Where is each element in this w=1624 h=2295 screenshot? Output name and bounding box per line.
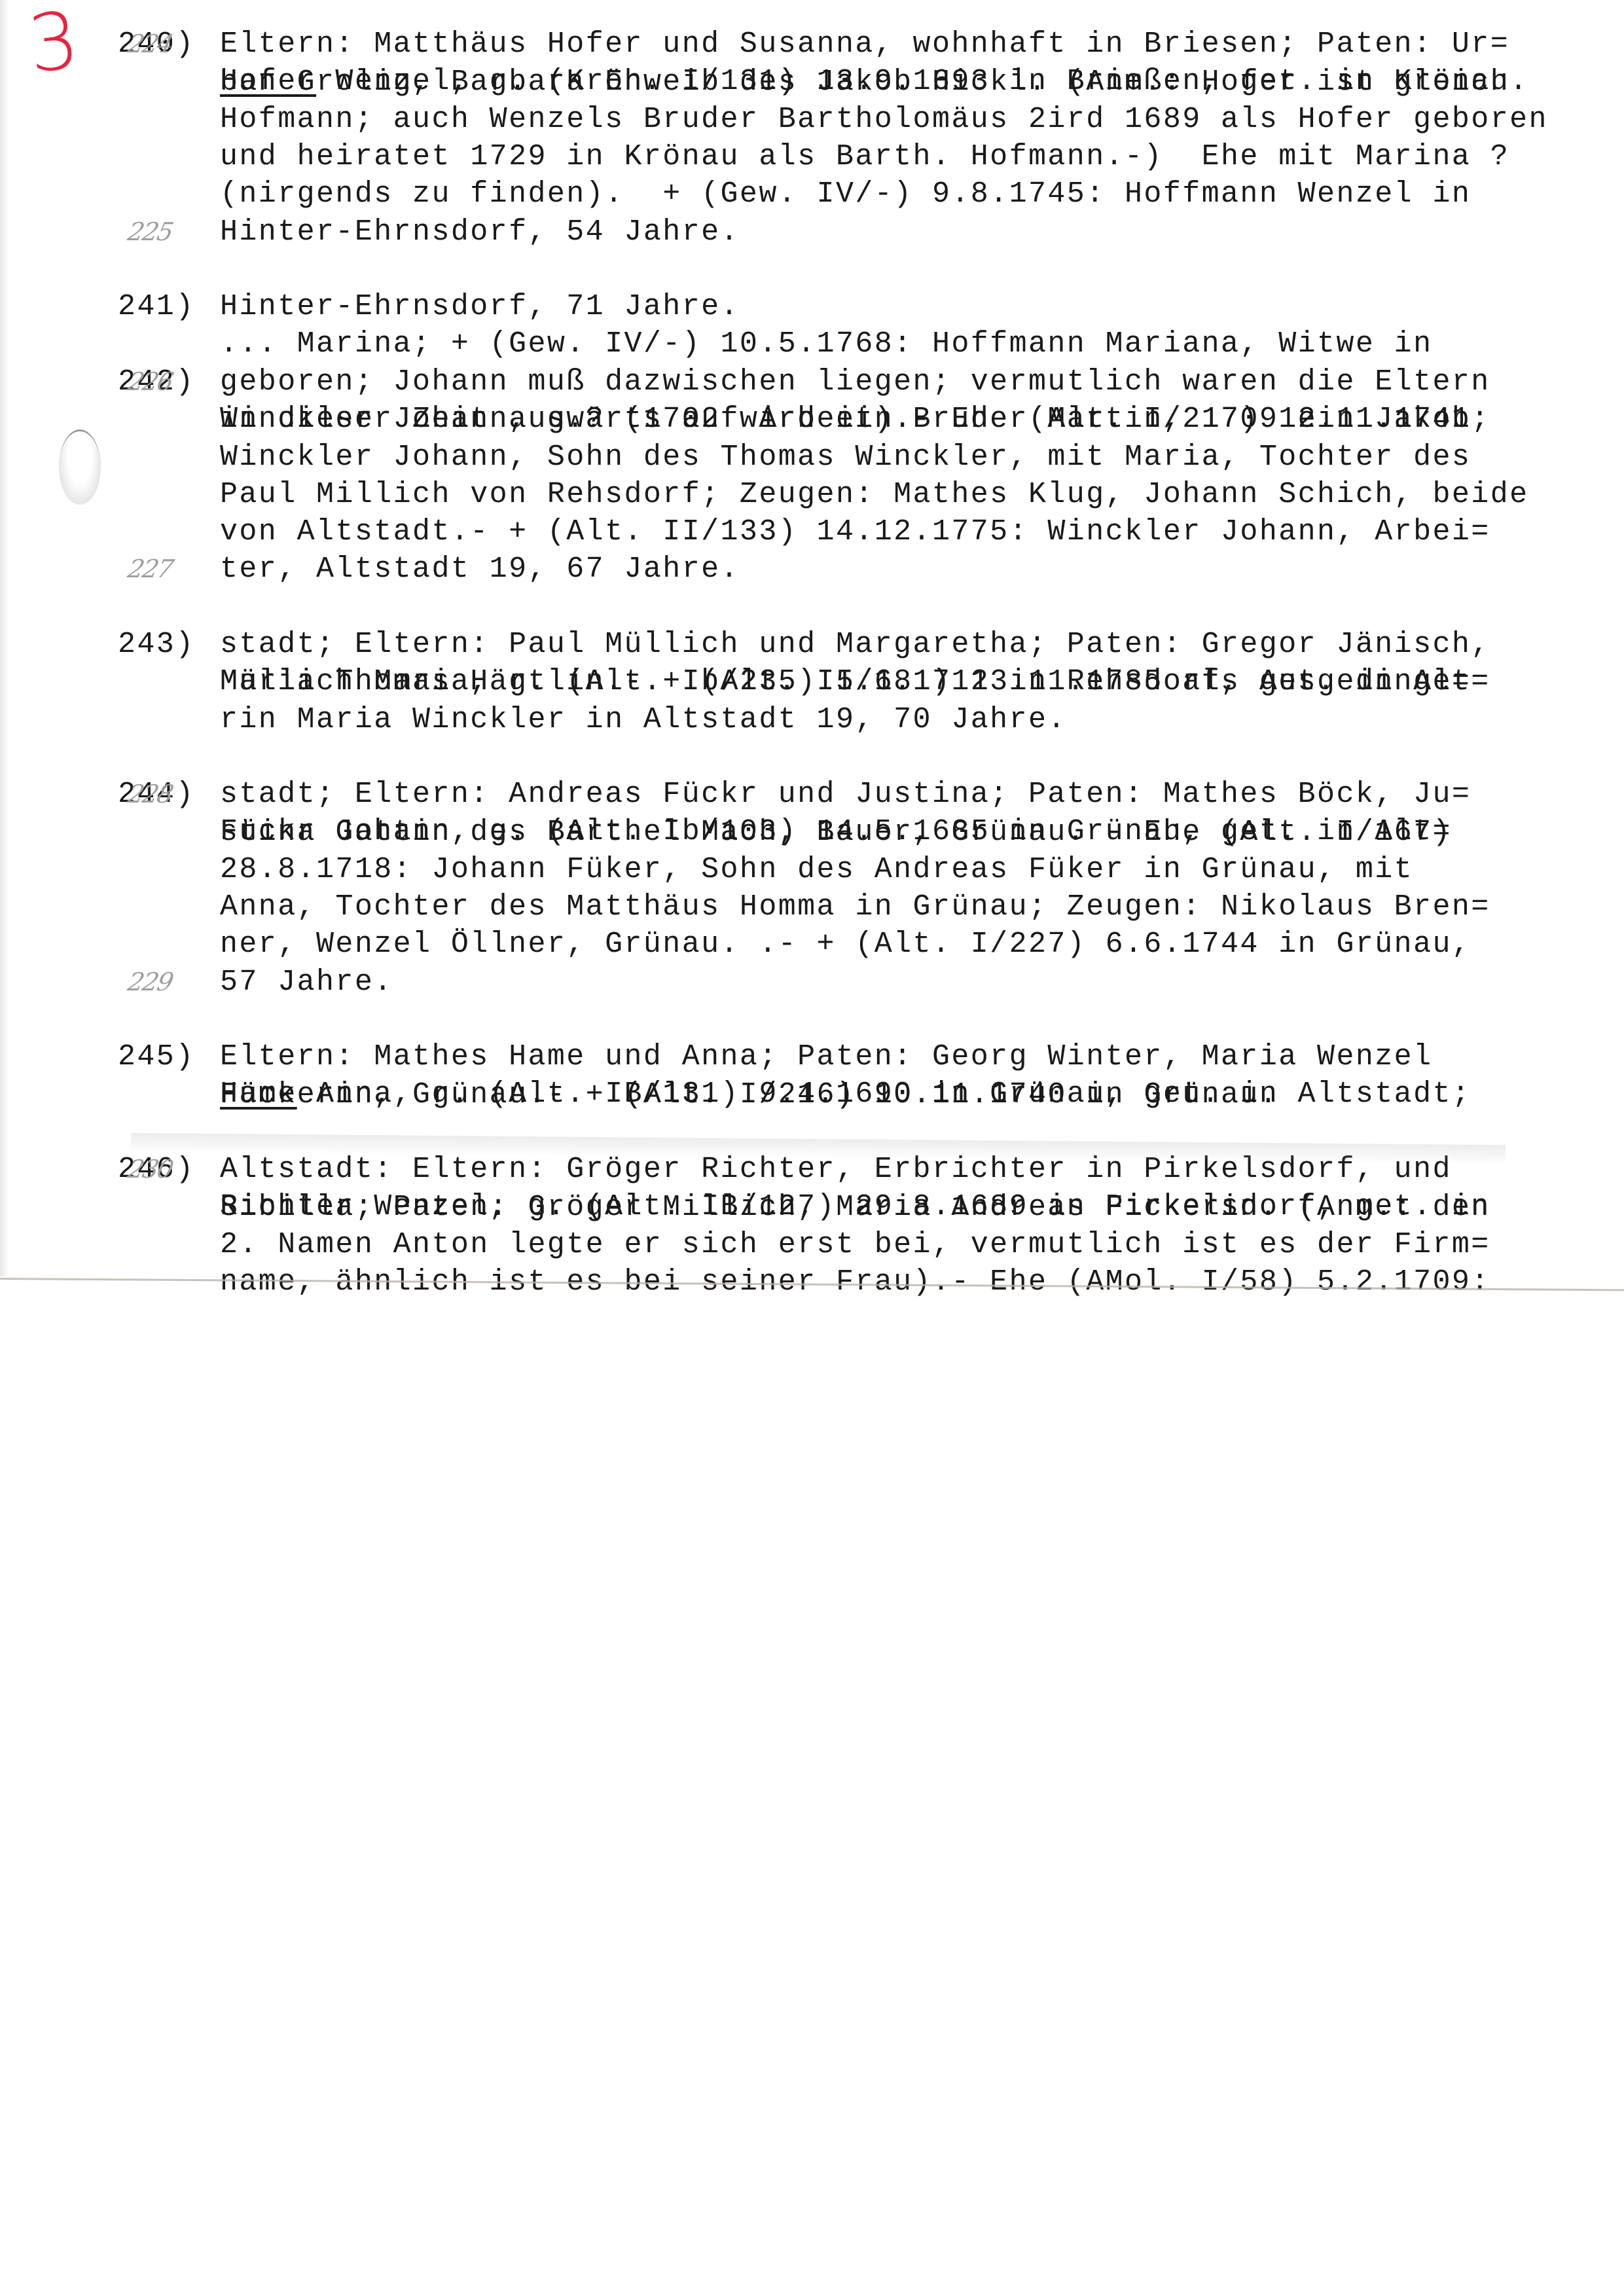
pencil-number: 224 — [124, 26, 176, 63]
entry-244: 244) Fückr Johann, g. (Alt. Ib/103) 14.5… — [118, 738, 1597, 1001]
pencil-number: 230 — [124, 1151, 176, 1188]
genealogy-entries: 240) Hofer Wenzel, g. (Krön. I/131) 13.9… — [118, 0, 1597, 1301]
entry-line: Eltern: Matthäus Hofer und Susanna, wohn… — [220, 26, 1509, 63]
entry-line: in dieser Zeit auswärts auf Arbeit).- Eh… — [220, 401, 1490, 438]
entry-line: Hinter-Ehrnsdorf, 54 Jahre. — [220, 213, 740, 251]
entry-line: ban Grolig, Barbara Ehweib des Jakob Hic… — [220, 63, 1509, 101]
entry-line: Anna, Tochter des Matthäus Homma in Grün… — [220, 888, 1490, 926]
entry-240: 240) Hofer Wenzel, g. (Krön. I/131) 13.9… — [118, 0, 1597, 251]
pencil-number: 225 — [124, 213, 176, 251]
pencil-number: 226 — [124, 363, 176, 401]
entry-line: stina Gattin des Barthel Mach, Bauer, Gr… — [220, 814, 1452, 851]
pencil-number: 229 — [124, 964, 176, 1001]
scan-left-shadow — [0, 0, 9, 1276]
entry-line: Fückerin, Grünau.- + (Alt. I/216) 10.11.… — [220, 1076, 1278, 1113]
entry-242: 242) Winckler Johann, g.? (1702 wird ein… — [118, 326, 1597, 588]
entry-line: Winckler Johann, Sohn des Thomas Winckle… — [220, 439, 1471, 476]
entry-line: und heiratet 1729 in Krönau als Barth. H… — [220, 138, 1509, 175]
entry-line: geboren; Johann muß dazwischen liegen; v… — [220, 363, 1490, 401]
entry-line: Maria Thomas Härtlin.- + (Alt. II/181) 1… — [220, 663, 1471, 700]
pencil-number: 228 — [124, 776, 176, 813]
entry-line: 28.8.1718: Johann Füker, Sohn des Andrea… — [220, 851, 1413, 888]
scanned-page: 3 240) Hofer Wenzel, g. (Krön. I/131) 13… — [0, 0, 1624, 2295]
entry-line: Sibilla; Paten: Gröger Millich, Maria An… — [220, 1189, 1490, 1226]
entry-line: stadt; Eltern: Paul Müllich und Margaret… — [220, 626, 1490, 663]
entry-line: Paul Millich von Rehsdorf; Zeugen: Mathe… — [220, 476, 1529, 513]
entry-241: 241) ... Marina; + (Gew. IV/-) 10.5.1768… — [118, 251, 1597, 326]
entry-line: 57 Jahre. — [220, 964, 393, 1001]
entry-line: von Altstadt.- + (Alt. II/133) 14.12.177… — [220, 513, 1490, 551]
entry-line: rin Maria Winckler in Altstadt 19, 70 Ja… — [220, 701, 1067, 738]
entry-line: Hinter-Ehrnsdorf, 71 Jahre. — [220, 288, 740, 325]
entry-line: ner, Wenzel Öllner, Grünau. .- + (Alt. I… — [220, 926, 1471, 963]
entry-245: 245) Hame Anna, g. (Alt. IB/131) 9.4.169… — [118, 1001, 1597, 1113]
entry-243: 243) Müllich Maria, g. (Alt. Ib/235) 5.6… — [118, 588, 1597, 738]
entry-line: ter, Altstadt 19, 67 Jahre. — [220, 551, 740, 588]
punch-hole — [59, 429, 101, 505]
entry-line: (nirgends zu finden). + (Gew. IV/-) 9.8.… — [220, 175, 1471, 213]
red-page-number: 3 — [25, 1, 82, 84]
entry-line: 2. Namen Anton legte er sich erst bei, v… — [220, 1226, 1490, 1263]
entry-line: Eltern: Mathes Hame und Anna; Paten: Geo… — [220, 1038, 1432, 1075]
entry-line: Hofmann; auch Wenzels Bruder Bartholomäu… — [220, 101, 1548, 138]
entry-line: stadt; Eltern: Andreas Fückr und Justina… — [220, 776, 1471, 813]
pencil-number: 227 — [124, 551, 176, 588]
